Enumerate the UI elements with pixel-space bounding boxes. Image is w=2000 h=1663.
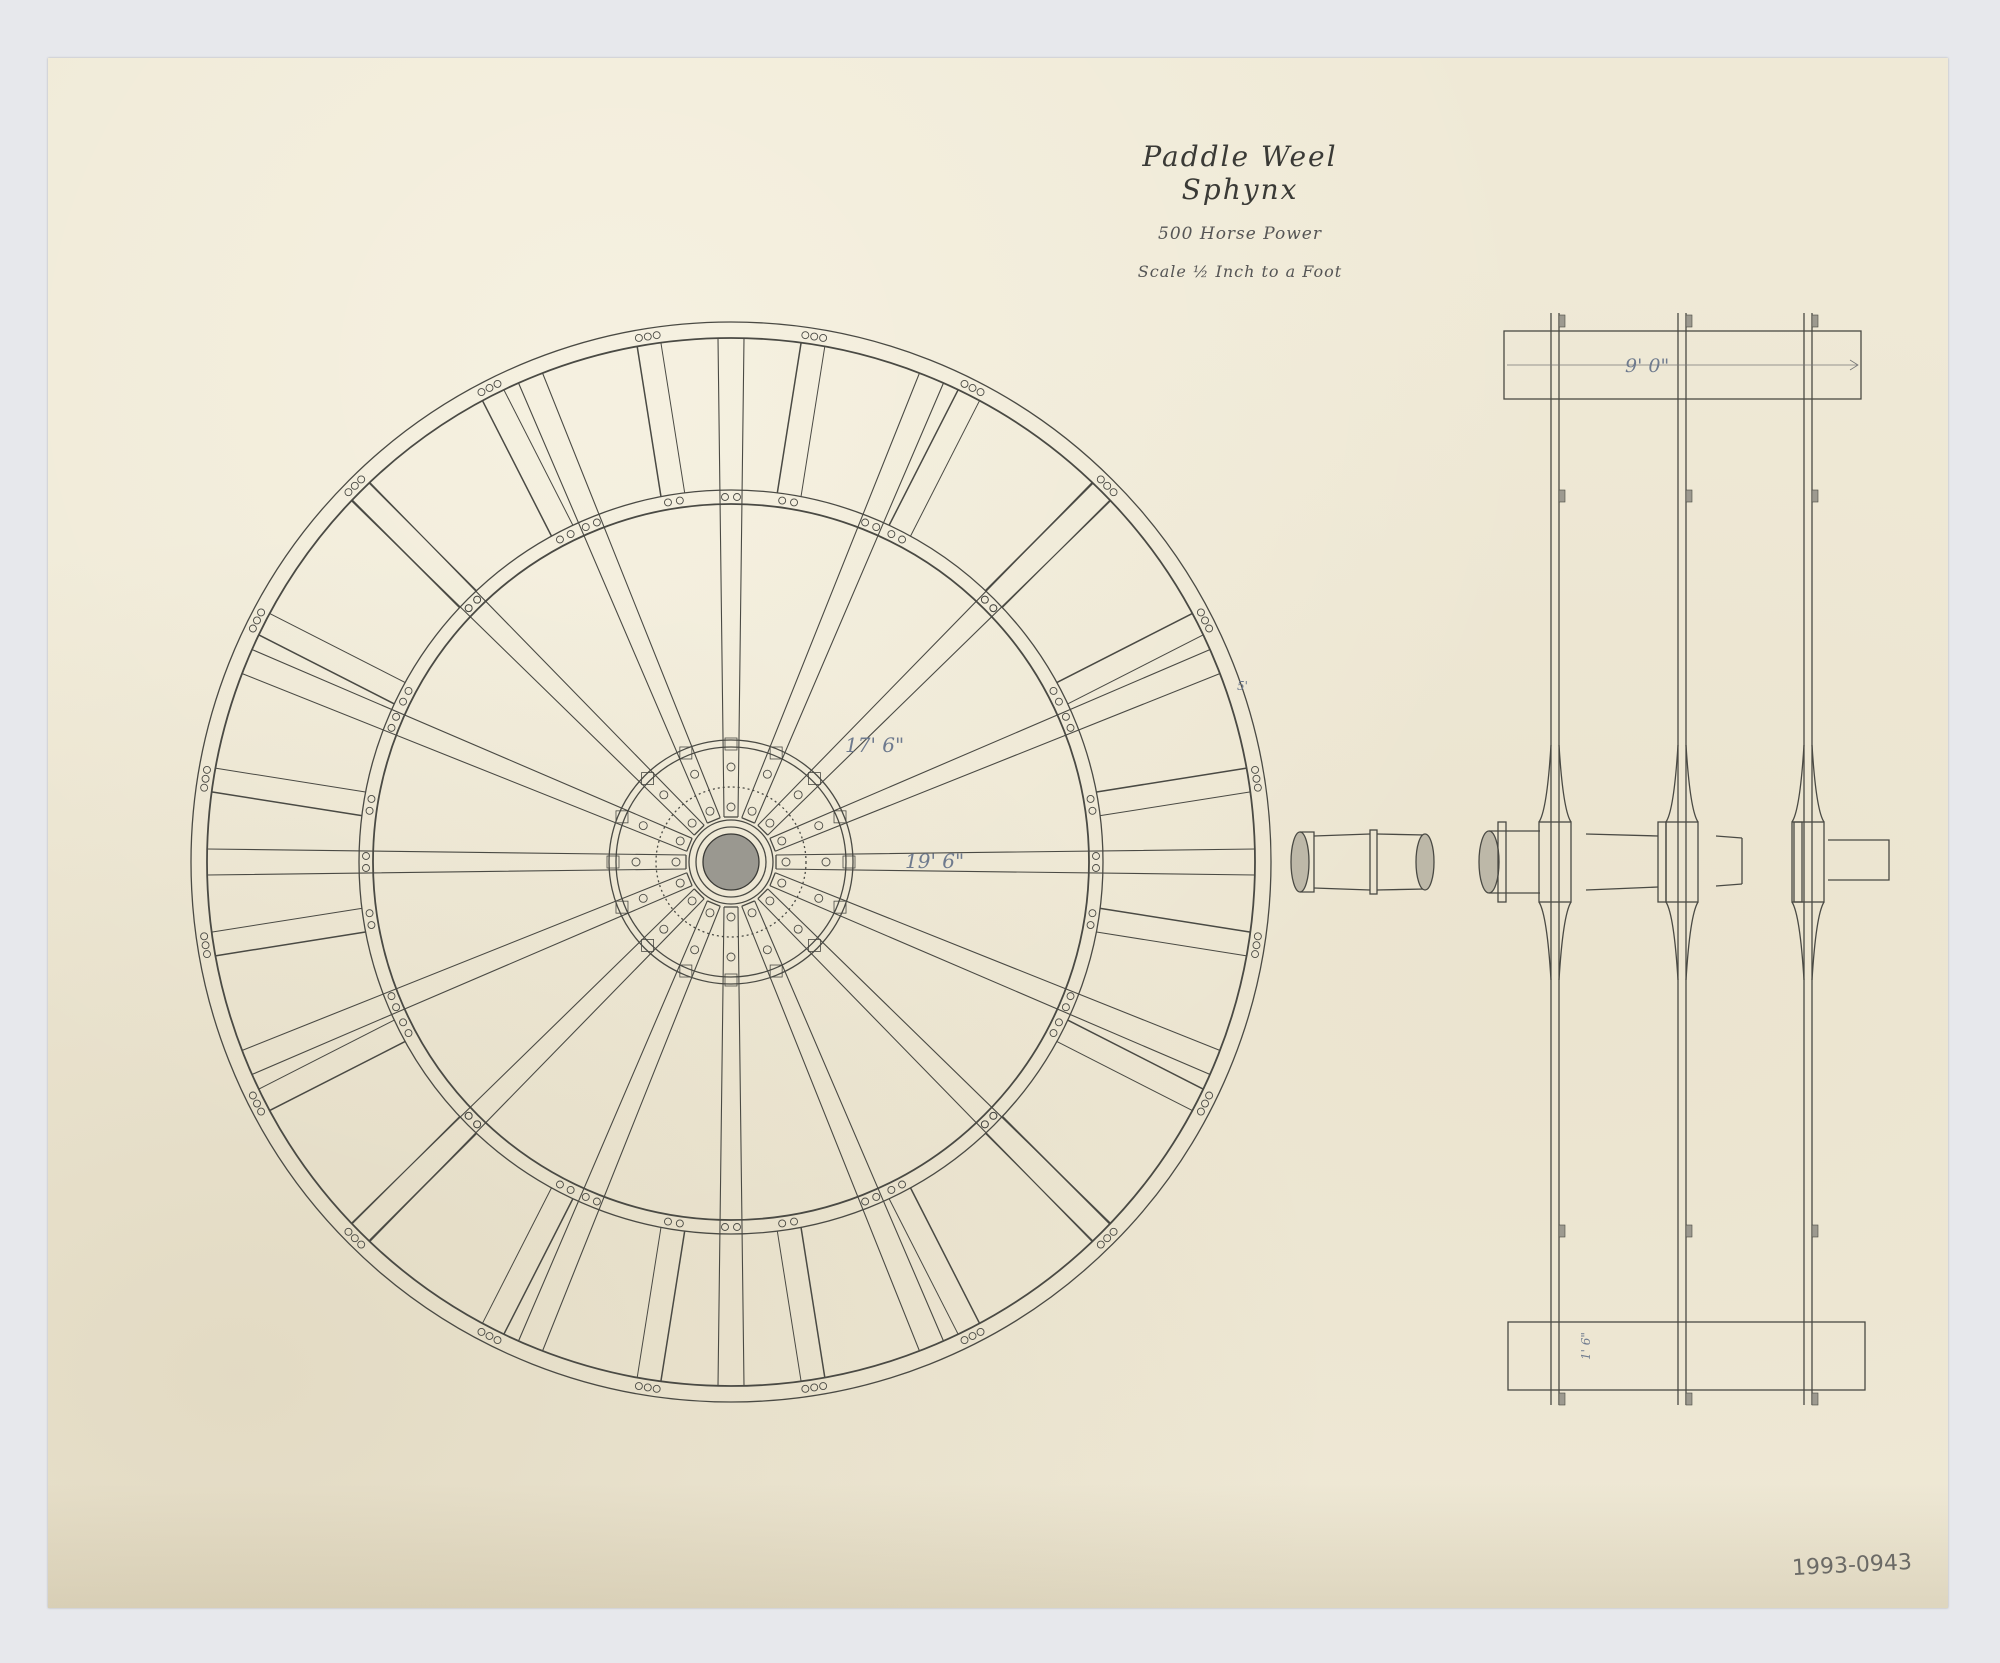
diameter-dimension: 19' 6" (905, 849, 964, 873)
shaft-journal-detail (1291, 822, 1889, 902)
paddle-wheel-front-view (191, 322, 1271, 1402)
rim-mark: 5' (1237, 679, 1248, 693)
width-dimension: 9' 0" (1625, 355, 1669, 377)
technical-drawing: 17' 6" 19' 6" 5' 9' 0" 1' 6" (0, 0, 2000, 1663)
paddle-wheel-side-view (1504, 313, 1865, 1405)
shaft-section (703, 834, 759, 890)
radius-dimension: 17' 6" (845, 733, 904, 757)
paddle-depth-dimension: 1' 6" (1579, 1332, 1593, 1360)
